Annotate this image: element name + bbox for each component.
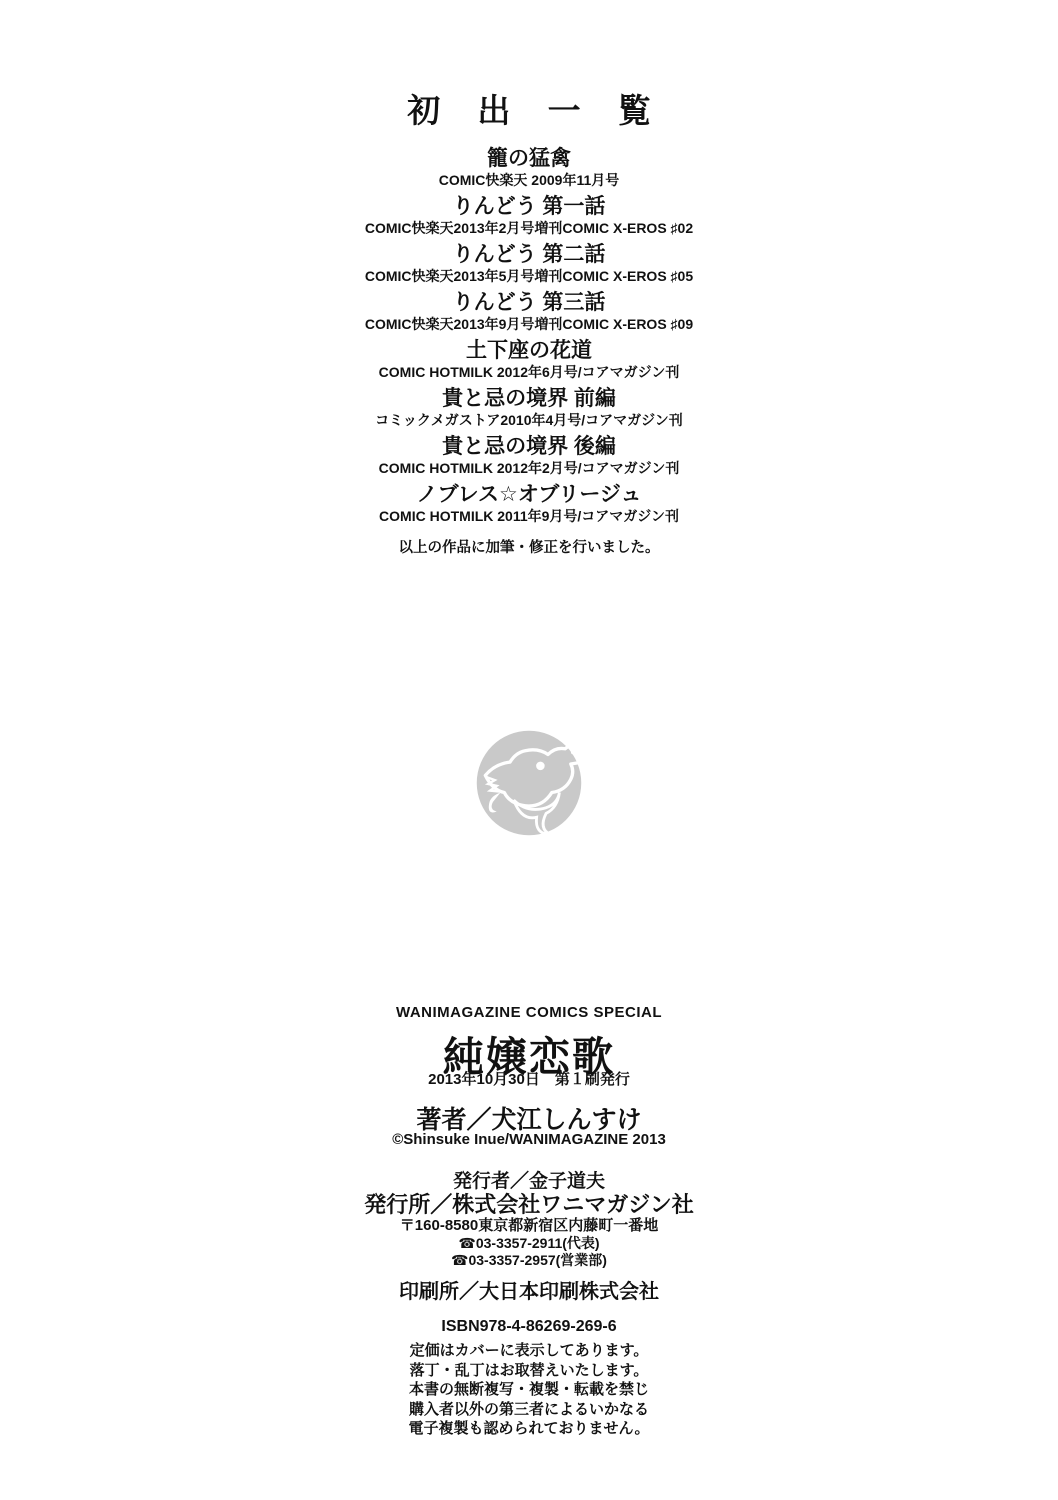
work-title: りんどう 第一話 [0, 194, 1058, 220]
imprint-series: WANIMAGAZINE COMICS SPECIAL [0, 1004, 1058, 1021]
work-title: ノブレス☆オブリージュ [0, 482, 1058, 508]
revision-note: 以上の作品に加筆・修正を行いました。 [0, 536, 1058, 557]
list-item: ノブレス☆オブリージュ COMIC HOTMILK 2011年9月号/コアマガジ… [0, 482, 1058, 525]
work-source: COMIC快楽天2013年5月号増刊COMIC X-EROS ♯05 [0, 268, 1058, 285]
printer: 印刷所／大日本印刷株式会社 [0, 1275, 1058, 1304]
publisher-logo [0, 726, 1058, 845]
isbn: ISBN978-4-86269-269-6 [0, 1318, 1058, 1336]
work-source: COMIC HOTMILK 2012年2月号/コアマガジン刊 [0, 460, 1058, 477]
work-source: コミックメガストア2010年4月号/コアマガジン刊 [0, 412, 1058, 429]
notice-line: 電子複製も認められておりません。 [0, 1419, 1058, 1439]
work-source: COMIC HOTMILK 2012年6月号/コアマガジン刊 [0, 364, 1058, 381]
page-title: 初 出 一 覧 [0, 85, 1058, 132]
list-item: りんどう 第一話 COMIC快楽天2013年2月号増刊COMIC X-EROS … [0, 194, 1058, 237]
list-item: りんどう 第二話 COMIC快楽天2013年5月号増刊COMIC X-EROS … [0, 242, 1058, 285]
crocodile-logo-icon [472, 726, 586, 845]
notice-line: 本書の無断複写・複製・転載を禁じ [0, 1380, 1058, 1400]
publisher-address: 〒160-8580東京都新宿区内藤町一番地 [0, 1214, 1058, 1235]
notice-line: 購入者以外の第三者によるいかなる [0, 1400, 1058, 1420]
legal-notice: 定価はカバーに表示してあります。 落丁・乱丁はお取替えいたします。 本書の無断複… [0, 1341, 1058, 1439]
copyright: ©Shinsuke Inue/WANIMAGAZINE 2013 [0, 1131, 1058, 1148]
work-title: 籠の猛禽 [0, 146, 1058, 172]
work-title: 貴と忌の境界 後編 [0, 434, 1058, 460]
list-item: 籠の猛禽 COMIC快楽天 2009年11月号 [0, 146, 1058, 189]
work-source: COMIC HOTMILK 2011年9月号/コアマガジン刊 [0, 508, 1058, 525]
first-publication-list: 籠の猛禽 COMIC快楽天 2009年11月号 りんどう 第一話 COMIC快楽… [0, 146, 1058, 530]
list-item: 土下座の花道 COMIC HOTMILK 2012年6月号/コアマガジン刊 [0, 338, 1058, 381]
work-title: りんどう 第二話 [0, 242, 1058, 268]
phone-sales: ☎03-3357-2957(営業部) [0, 1250, 1058, 1270]
work-source: COMIC快楽天2013年9月号増刊COMIC X-EROS ♯09 [0, 316, 1058, 333]
work-source: COMIC快楽天 2009年11月号 [0, 172, 1058, 189]
list-item: 貴と忌の境界 後編 COMIC HOTMILK 2012年2月号/コアマガジン刊 [0, 434, 1058, 477]
list-item: 貴と忌の境界 前編 コミックメガストア2010年4月号/コアマガジン刊 [0, 386, 1058, 429]
work-title: りんどう 第三話 [0, 290, 1058, 316]
notice-line: 落丁・乱丁はお取替えいたします。 [0, 1361, 1058, 1381]
work-title: 貴と忌の境界 前編 [0, 386, 1058, 412]
work-source: COMIC快楽天2013年2月号増刊COMIC X-EROS ♯02 [0, 220, 1058, 237]
work-title: 土下座の花道 [0, 338, 1058, 364]
edition-date: 2013年10月30日 第１刷発行 [0, 1068, 1058, 1089]
notice-line: 定価はカバーに表示してあります。 [0, 1341, 1058, 1361]
list-item: りんどう 第三話 COMIC快楽天2013年9月号増刊COMIC X-EROS … [0, 290, 1058, 333]
